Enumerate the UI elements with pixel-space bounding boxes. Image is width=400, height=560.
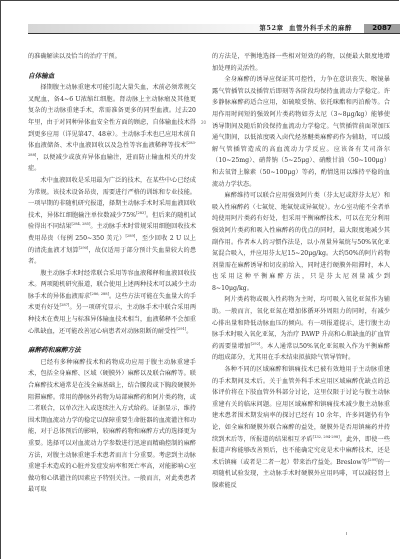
citation: [284, 285] [72,222,91,226]
paragraph: 的方法是，平衡地选择一些相对短效的药物，以便最大限度地增加处理的灵活性。 [212,51,390,74]
chapter-number: 第52章 [259,24,283,32]
citation: [290] [79,245,89,249]
citation: [286, 288] [90,292,109,296]
paragraph: 的准确解读以及恰当的治疗干预。 [28,51,196,63]
paragraph: 择期腹主动脉重建术可能引起大量失血，术前必须常规交叉配血，备4~6 U浓缩红细胞… [28,82,196,175]
chapter-heading: 第52章 血管外科手术的麻醉 [259,24,352,33]
chapter-title: 血管外科手术的麻醉 [289,24,352,32]
header-gradient-bar [28,24,278,33]
section-heading-autologous-transfusion: 自体输血 [28,71,196,83]
paragraph: 全身麻醉的诱导应保证其可控性，力争在意识丧失、喉镜暴露气管插管以及插管后即刻等各… [212,74,390,190]
right-column: 的方法是，平衡地选择一些相对短效的药物，以便最大限度地增加处理的灵活性。 全身麻… [212,51,390,492]
page-number: 2087 [364,24,400,33]
citation: [291] [177,327,187,331]
left-column: 的准确解读以及恰当的治疗干预。 自体输血 择期腹主动脉重建术可能引起大量失血，术… [28,51,196,496]
paragraph: 已经有多种麻醉技术和药物成功应用于腹主动脉重建手术，包括全身麻醉、区域（硬膜外）… [28,357,196,496]
paragraph: 阿片类药物或吸入性药物为主时，均可吸入氧化亚氮作为辅助。一般而言，氧化亚氮在增加… [212,294,390,364]
paragraph: 腹主动脉手术时经常联合采用等容血液稀释和血液回收技术。两项随机研究报道，联合使用… [28,268,196,338]
paragraph: 术中血液回收是采用最为广泛的技术，在某些中心已经成为常规。该技术设备昂贵，需要进… [28,175,196,268]
citation: [289] [126,234,136,238]
paragraph: 各种不同的区域麻醉和镇痛技术已被有效地用于主动脉重建的手术期间及术后。关于血管外… [212,364,390,492]
citation: [299] [368,458,378,462]
paragraph: 麻醉维持可以联合应用强效阿片类（芬太尼或舒芬太尼）和吸入性麻醉药（七氟烷、地氟烷… [212,190,390,294]
section-heading-anesthetics: 麻醉药和麻醉方法 [28,345,196,357]
running-header: 第52章 血管外科手术的麻醉 2087 [28,24,400,34]
citation: [287] [60,303,70,307]
stray-mark [346,532,347,535]
header-rule [28,33,400,34]
citation: [132, 294-298] [313,435,340,439]
citation: [283] [136,211,146,215]
margin-mark: 20 [201,120,206,125]
citation: [292] [251,342,261,346]
